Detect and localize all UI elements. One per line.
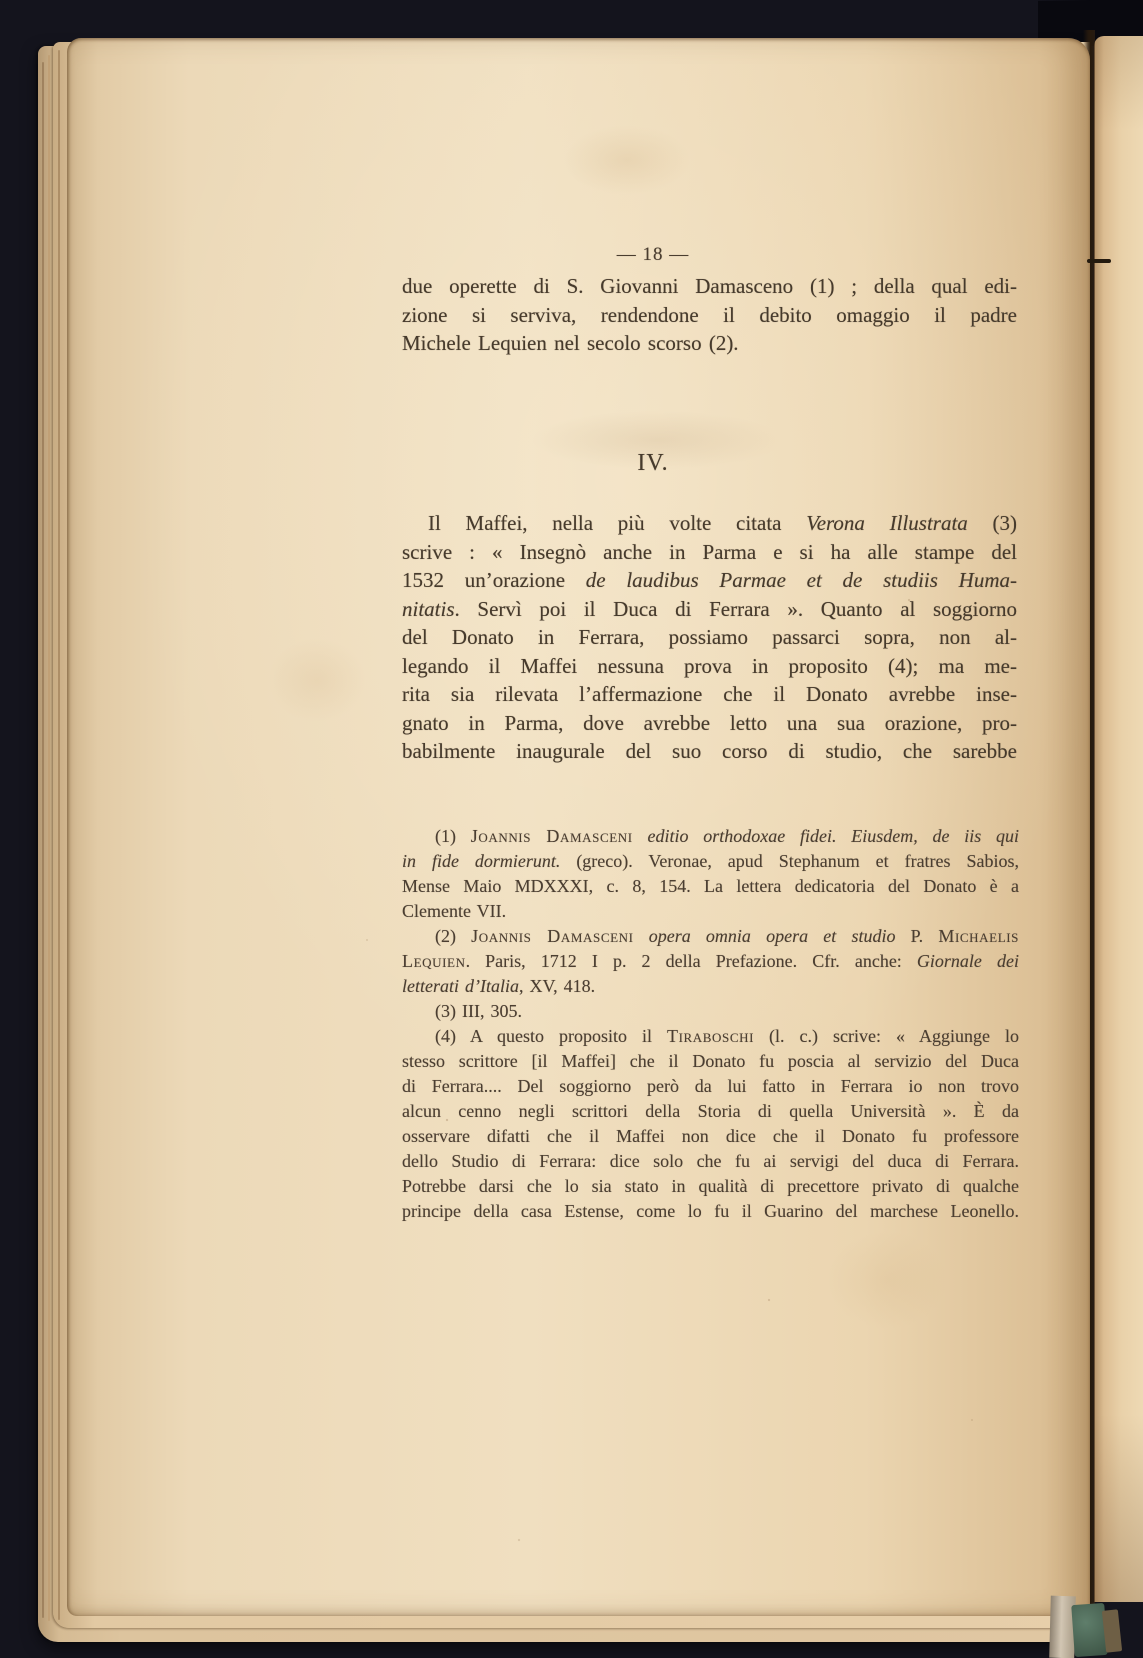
footnote-line: Lequien. Paris, 1712 I p. 2 della Prefaz… [402,949,1019,974]
italic-segment: editio orthodoxae fidei. Eiusdem, de iis… [633,826,1019,846]
text-segment: (greco). Veronae, apud Stephanum et frat… [560,851,1019,871]
footnote-line: letterati d’Italia, XV, 418. [402,974,1019,999]
text-line: gnato in Parma, dove avrebbe letto una s… [402,709,1017,738]
text-line: scrive : « Insegnò anche in Parma e si h… [402,538,1017,567]
text-segment: (1) [435,826,471,846]
footnote-line: (4) A questo proposito il Tiraboschi (l.… [402,1024,1019,1049]
footnote-line: (2) Joannis Damasceni opera omnia opera … [402,924,1019,949]
footnote-line: alcun cenno negli scrittori della Storia… [402,1099,1019,1124]
footnote-line: Potrebbe darsi che lo sia stato in quali… [402,1174,1019,1199]
page-edge-line [58,50,60,1620]
smallcaps-segment: Joannis Damasceni [471,826,633,846]
page-edge-line [48,55,50,1621]
text-segment: P. [895,926,938,946]
footnote-line: Mense Maio MDXXXI, c. 8, 154. La lettera… [402,874,1019,899]
text-segment: 1532 un’orazione [402,568,586,592]
italic-segment: de laudibus Parmae et de studiis Huma- [586,568,1017,592]
text-line: Il Maffei, nella più volte citata Verona… [402,509,1017,538]
footnote-line: Clemente VII. [402,899,1019,924]
text-line: due operette di S. Giovanni Damasceno (1… [402,272,1017,301]
text-line: zione si serviva, rendendone il debito o… [402,301,1017,330]
binding-fragment [1102,1609,1122,1652]
scanned-book-photo: — 18 — due operette di S. Giovanni Damas… [0,0,1143,1658]
text-segment: (2) [435,926,471,946]
smallcaps-segment: Michaelis [938,926,1019,946]
section-heading: IV. [637,450,668,477]
text-line: legando il Maffei nessuna prova in propo… [402,652,1017,681]
intro-paragraph: due operette di S. Giovanni Damasceno (1… [402,272,1017,358]
text-segment: (l. c.) scrive: « Aggiunge lo [754,1026,1019,1046]
italic-segment: Verona Illustrata [806,511,968,535]
italic-segment: letterati d’Italia [402,976,519,996]
text-segment: (4) A questo proposito il [435,1026,667,1046]
footnote-line: principe della casa Estense, come lo fu … [402,1199,1019,1224]
smallcaps-segment: Joannis Damasceni [471,926,633,946]
page-number: — 18 — [617,244,690,266]
smallcaps-segment: Tiraboschi [667,1026,754,1046]
footnote-line: di Ferrara.... Del soggiorno però da lui… [402,1074,1019,1099]
book-page: — 18 — due operette di S. Giovanni Damas… [67,38,1090,1616]
footnote-line: stesso scrittore [il Maffei] che il Dona… [402,1049,1019,1074]
text-line: Michele Lequien nel secolo scorso (2). [402,329,1017,358]
facing-page-edge [1094,36,1143,1602]
text-line: babilmente inaugurale del suo corso di s… [402,737,1017,766]
footnote-line: (3) III, 305. [402,999,1019,1024]
footnotes: (1) Joannis Damasceni editio orthodoxae … [402,824,1019,1224]
footnote-line: (1) Joannis Damasceni editio orthodoxae … [402,824,1019,849]
text-segment: (3) [968,511,1017,535]
text-segment: . Paris, 1712 I p. 2 della Prefazione. C… [466,951,917,971]
text-line: rita sia rilevata l’affermazione che il … [402,680,1017,709]
footnote-line: dello Studio di Ferrara: dice solo che f… [402,1149,1019,1174]
italic-segment: Giornale dei [917,951,1019,971]
text-line: del Donato in Ferrara, possiamo passarci… [402,623,1017,652]
text-segment: . Servì poi il Duca di Ferrara ». Quanto… [455,597,1017,621]
italic-segment: opera omnia opera et studio [634,926,896,946]
footnote-line: osservare difatti che il Maffei non dice… [402,1124,1019,1149]
text-line: nitatis. Servì poi il Duca di Ferrara ».… [402,595,1017,624]
italic-segment: nitatis [402,597,455,621]
footnote-line: in fide dormierunt. (greco). Veronae, ap… [402,849,1019,874]
page-edge-line [42,62,44,1618]
italic-segment: in fide dormierunt. [402,851,560,871]
text-line: 1532 un’orazione de laudibus Parmae et d… [402,566,1017,595]
gutter-mark [1087,259,1111,263]
text-segment: Il Maffei, nella più volte citata [428,511,806,535]
body-paragraph: Il Maffei, nella più volte citata Verona… [402,509,1017,766]
text-segment: , XV, 418. [519,976,595,996]
smallcaps-segment: Lequien [402,951,466,971]
